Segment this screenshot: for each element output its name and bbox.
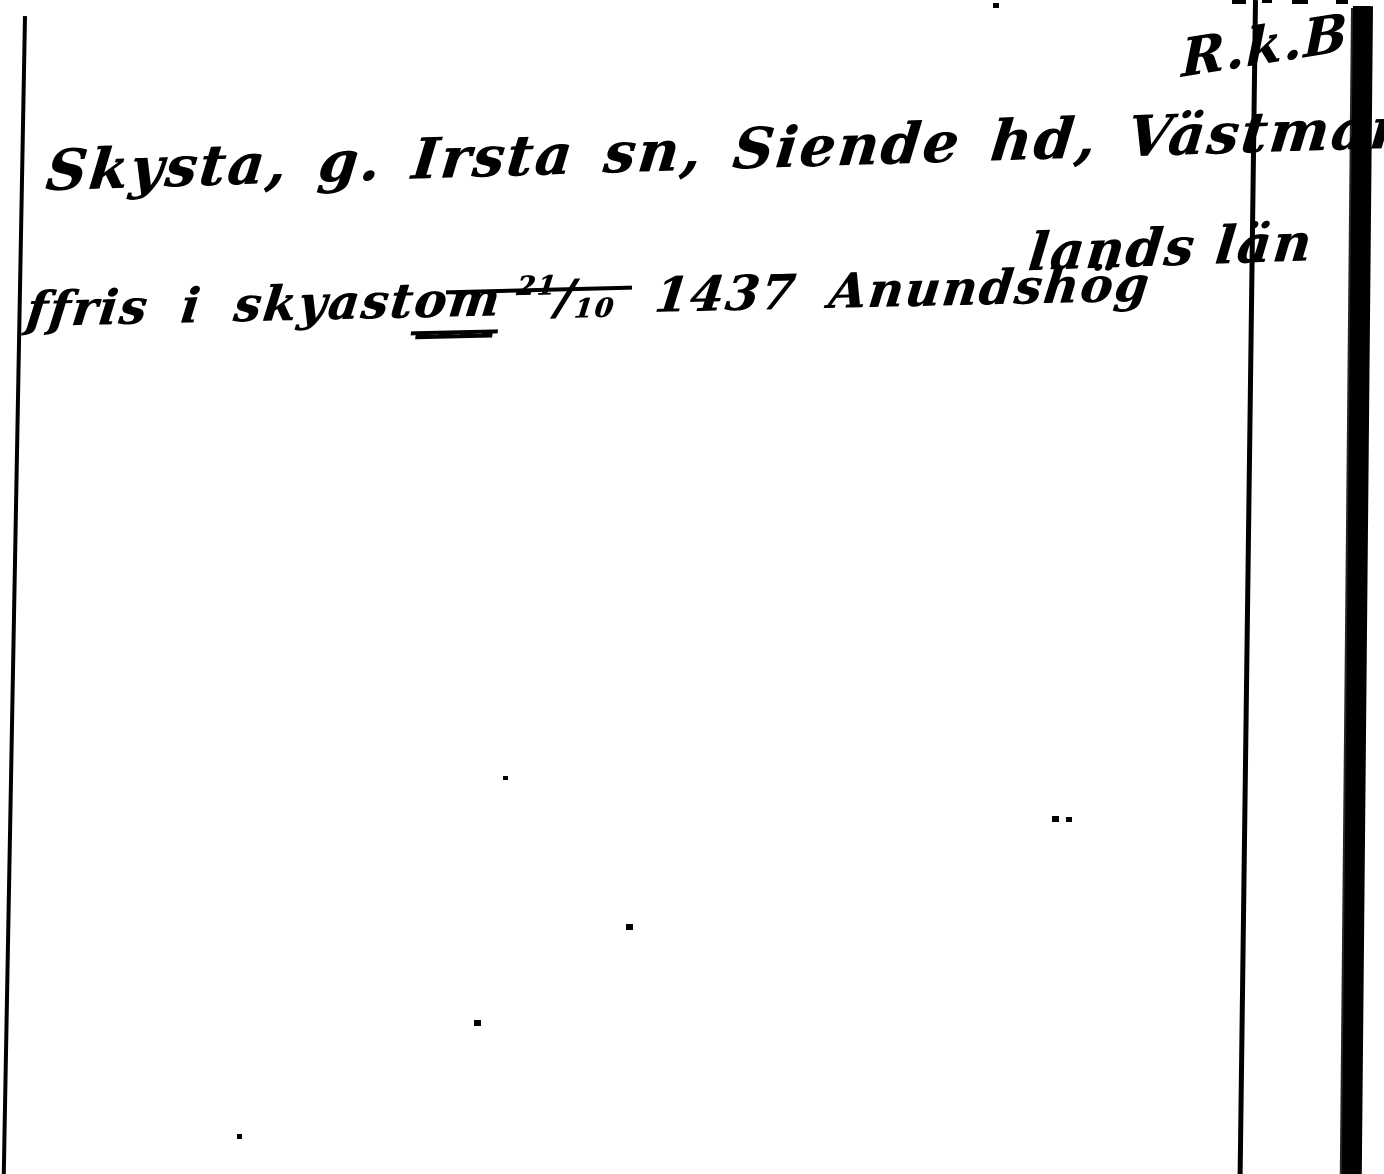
right-inner-ruled-line bbox=[1238, 0, 1258, 1174]
date-day: 21 bbox=[515, 270, 559, 302]
top-edge-mark bbox=[1262, 0, 1272, 3]
noise-speck bbox=[993, 3, 999, 8]
noise-speck bbox=[1066, 817, 1072, 822]
noise-speck bbox=[237, 1134, 242, 1139]
archive-mark: R.k.B. bbox=[1181, 0, 1369, 90]
year-text: 1437 bbox=[652, 265, 800, 324]
top-edge-mark bbox=[1292, 0, 1308, 4]
old-form-underlined-letters: om bbox=[411, 271, 505, 335]
date-month: 10 bbox=[572, 293, 616, 325]
attestation-entry: ffris i skyastom21/10 1437 Anundshög bbox=[23, 257, 1154, 345]
issue-place-text: Anundshög bbox=[826, 257, 1154, 320]
old-form-text: ffris i skyast bbox=[23, 273, 417, 338]
top-edge-mark bbox=[1232, 0, 1246, 4]
noise-speck bbox=[474, 1020, 481, 1026]
place-name-heading: Skysta, g. Irsta sn, Siende hd, Västman- bbox=[43, 94, 1384, 204]
left-ruled-line bbox=[2, 16, 27, 1174]
date-fraction: 21/10 bbox=[512, 269, 620, 327]
index-card-scan: R.k.B. Skysta, g. Irsta sn, Siende hd, V… bbox=[0, 0, 1384, 1174]
noise-speck bbox=[626, 924, 633, 930]
noise-speck bbox=[503, 776, 508, 780]
right-outer-edge-band bbox=[1342, 6, 1370, 1174]
noise-speck bbox=[1052, 816, 1059, 822]
